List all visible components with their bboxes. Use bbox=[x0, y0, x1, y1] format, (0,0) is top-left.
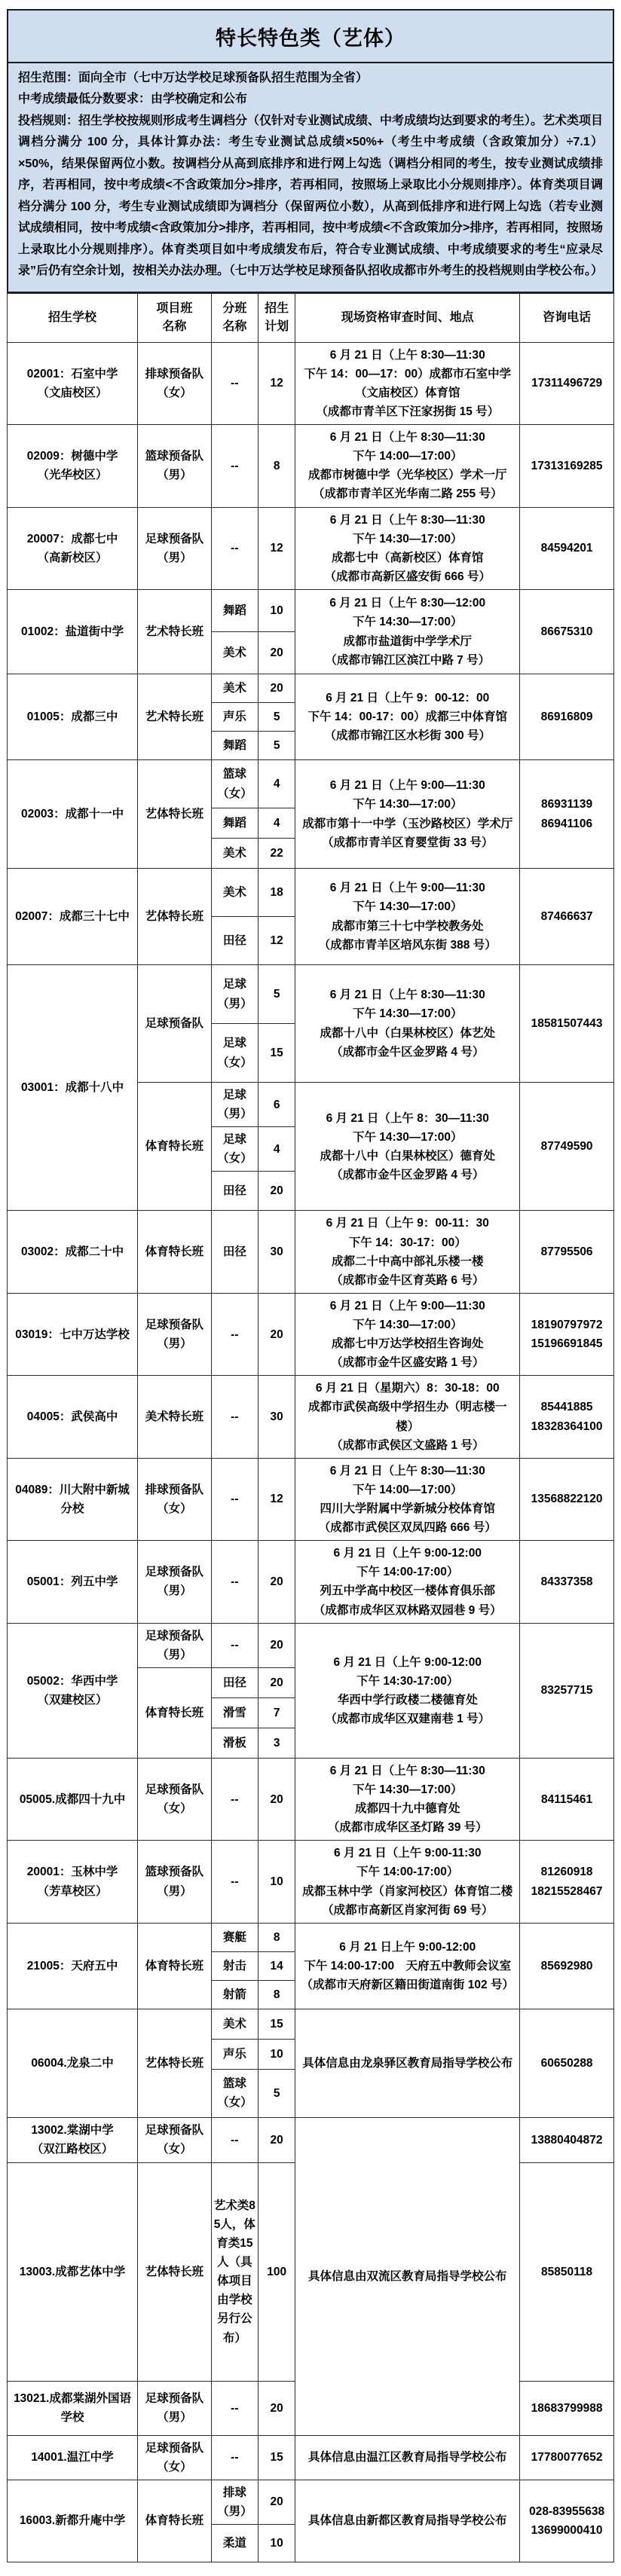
col-header-phone: 咨询电话 bbox=[520, 293, 614, 342]
program-cell: 艺术特长班 bbox=[138, 590, 212, 674]
division-cell: -- bbox=[211, 1376, 258, 1458]
table-row: 02007：成都三十七中 艺体特长班 美术 18 6 月 21 日（上午 9:0… bbox=[8, 869, 614, 917]
venue-cell: 6 月 21 日（上午 9:00-11:30 下午 14:00-17:00） 成… bbox=[295, 1841, 520, 1923]
program-cell: 足球预备队 （男） bbox=[138, 1541, 212, 1623]
phone-cell: 17780077652 bbox=[520, 2435, 614, 2480]
plan-cell: 5 bbox=[258, 2069, 295, 2117]
school-cell: 01005：成都三中 bbox=[8, 674, 138, 760]
table-row: 03001：成都十八中 足球预备队 足球 （男） 5 6 月 21 日（上午 8… bbox=[8, 965, 614, 1024]
school-cell: 02001：石室中学 （文庙校区） bbox=[8, 342, 138, 424]
division-cell: -- bbox=[211, 1841, 258, 1923]
school-cell: 16003.新都升庵中学 bbox=[8, 2480, 138, 2562]
program-cell: 足球预备队 （男） bbox=[138, 507, 212, 589]
program-cell: 足球预备队 （女） bbox=[138, 2435, 212, 2480]
page-title: 特长特色类（艺体） bbox=[8, 11, 613, 63]
division-cell: 美术 bbox=[211, 839, 258, 869]
division-cell: 舞蹈 bbox=[211, 808, 258, 839]
venue-cell: 6 月 21 日（上午 9:00—11:30 下午 14:30—17:00） 成… bbox=[295, 1293, 520, 1375]
table-row: 20007：成都七中 （高新校区） 足球预备队 （男） -- 12 6 月 21… bbox=[8, 507, 614, 589]
program-cell: 足球预备队 bbox=[138, 965, 212, 1083]
program-cell: 艺体特长班 bbox=[138, 2009, 212, 2117]
division-cell: -- bbox=[211, 1623, 258, 1667]
phone-cell: 86931139 86941106 bbox=[520, 760, 614, 869]
plan-cell: 14 bbox=[258, 1951, 295, 1980]
plan-cell: 10 bbox=[258, 590, 295, 632]
phone-cell: 84337358 bbox=[520, 1541, 614, 1623]
phone-cell: 85441885 18328364100 bbox=[520, 1376, 614, 1458]
venue-cell: 6 月 21 日（上午 9:00—11:30 下午 14:30—17:00） 成… bbox=[295, 869, 520, 965]
school-cell: 02007：成都三十七中 bbox=[8, 869, 138, 965]
venue-cell: 6 月 21 日（上午 8:30—11:30 下午 14:30—17:00） 成… bbox=[295, 965, 520, 1083]
plan-cell: 20 bbox=[258, 1623, 295, 1667]
division-cell: -- bbox=[211, 425, 258, 507]
program-cell: 美术特长班 bbox=[138, 1376, 212, 1458]
division-cell: 排球 （男） bbox=[211, 2480, 258, 2524]
plan-cell: 20 bbox=[258, 2381, 295, 2435]
division-cell: 足球 （男） bbox=[211, 965, 258, 1024]
school-cell: 20001：玉林中学 （芳草校区） bbox=[8, 1841, 138, 1923]
plan-cell: 10 bbox=[258, 2039, 295, 2069]
table-row: 04005：武侯高中 美术特长班 -- 30 6 月 21 日（星期六）8：30… bbox=[8, 1376, 614, 1458]
plan-cell: 20 bbox=[258, 1758, 295, 1840]
table-row: 02001：石室中学 （文庙校区） 排球预备队 （女） -- 12 6 月 21… bbox=[8, 342, 614, 424]
program-cell: 足球预备队 （男） bbox=[138, 2381, 212, 2435]
col-header-program: 项目班 名称 bbox=[138, 293, 212, 342]
plan-cell: 8 bbox=[258, 1923, 295, 1951]
venue-cell: 6 月 21 日上午 9:00-12:00 下午 14:00-17:00 天府五… bbox=[295, 1923, 520, 2009]
program-cell: 篮球预备队 （男） bbox=[138, 1841, 212, 1923]
plan-cell: 20 bbox=[258, 674, 295, 703]
table-row: 02003：成都十一中 艺体特长班 篮球 （女） 4 6 月 21 日（上午 9… bbox=[8, 760, 614, 808]
plan-cell: 20 bbox=[258, 1293, 295, 1375]
phone-cell: 87749590 bbox=[520, 1083, 614, 1211]
school-cell: 02003：成都十一中 bbox=[8, 760, 138, 869]
table-row: 20001：玉林中学 （芳草校区） 篮球预备队 （男） -- 10 6 月 21… bbox=[8, 1841, 614, 1923]
plan-cell: 4 bbox=[258, 760, 295, 808]
venue-cell: 6 月 21 日（上午 9:00-12:00 下午 14:30-17:00） 华… bbox=[295, 1623, 520, 1758]
plan-cell: 12 bbox=[258, 507, 295, 589]
enrollment-table: 招生学校 项目班 名称 分班 名称 招生 计划 现场资格审查时间、地点 咨询电话… bbox=[7, 293, 614, 2562]
table-row: 01002：盐道街中学 艺术特长班 舞蹈 10 6 月 21 日（上午 8:30… bbox=[8, 590, 614, 632]
division-cell: -- bbox=[211, 2435, 258, 2480]
school-cell: 03019：七中万达学校 bbox=[8, 1293, 138, 1375]
program-cell: 足球预备队 （女） bbox=[138, 1758, 212, 1840]
venue-cell: 6 月 21 日（上午 8:30—11:30 下午 14:00—17:00） 成… bbox=[295, 425, 520, 507]
col-header-venue: 现场资格审查时间、地点 bbox=[295, 293, 520, 342]
phone-cell: 86916809 bbox=[520, 674, 614, 760]
program-cell: 艺体特长班 bbox=[138, 2162, 212, 2381]
intro-scope: 招生范围：面向全市（七中万达学校足球预备队招生范围为全省） bbox=[18, 68, 603, 89]
division-cell: 美术 bbox=[211, 2009, 258, 2039]
plan-cell: 12 bbox=[258, 1458, 295, 1540]
venue-cell: 6 月 21 日（上午 8：30—11:30 下午 14:30—17:00） 成… bbox=[295, 1083, 520, 1211]
table-row: 16003.新都升庵中学 体育特长班 排球 （男） 20 具体信息由新都区教育局… bbox=[8, 2480, 614, 2524]
division-cell: 滑板 bbox=[211, 1728, 258, 1758]
venue-cell: 6 月 21 日（上午 9:00—11:30 下午 14:30—17:00） 成… bbox=[295, 760, 520, 869]
phone-cell: 18683799988 bbox=[520, 2381, 614, 2435]
phone-cell: 84594201 bbox=[520, 507, 614, 589]
division-cell: -- bbox=[211, 2381, 258, 2435]
venue-cell: 具体信息由温江区教育局指导学校公布 bbox=[295, 2435, 520, 2480]
plan-cell: 18 bbox=[258, 869, 295, 917]
program-cell: 体育特长班 bbox=[138, 1083, 212, 1211]
division-cell: 舞蹈 bbox=[211, 590, 258, 632]
division-cell: 声乐 bbox=[211, 2039, 258, 2069]
school-cell: 05002：华西中学 （双建校区） bbox=[8, 1623, 138, 1758]
school-cell: 13021.成都棠湖外国语学校 bbox=[8, 2381, 138, 2435]
plan-cell: 3 bbox=[258, 1728, 295, 1758]
program-cell: 足球预备队 （男） bbox=[138, 1623, 212, 1667]
table-row: 02009：树德中学 （光华校区） 篮球预备队 （男） -- 8 6 月 21 … bbox=[8, 425, 614, 507]
phone-cell: 87466637 bbox=[520, 869, 614, 965]
plan-cell: 6 bbox=[258, 1083, 295, 1127]
venue-cell-merged: 具体信息由双流区教育局指导学校公布 bbox=[295, 2117, 520, 2435]
plan-cell: 5 bbox=[258, 965, 295, 1024]
school-cell: 13002.棠湖中学 （双江路校区） bbox=[8, 2117, 138, 2162]
division-cell: 赛艇 bbox=[211, 1923, 258, 1951]
table-row: 04089：川大附中新城分校 排球预备队 （女） -- 12 6 月 21 日（… bbox=[8, 1458, 614, 1540]
division-cell: 足球 （女） bbox=[211, 1024, 258, 1083]
phone-cell: 18190797972 15196691845 bbox=[520, 1293, 614, 1375]
program-cell: 排球预备队 （女） bbox=[138, 342, 212, 424]
header-box: 特长特色类（艺体） 招生范围：面向全市（七中万达学校足球预备队招生范围为全省） … bbox=[7, 9, 614, 293]
plan-cell: 7 bbox=[258, 1697, 295, 1728]
plan-cell: 8 bbox=[258, 425, 295, 507]
venue-cell: 6 月 21 日（上午 9：00-12：00 下午 14：00-17：00）成都… bbox=[295, 674, 520, 760]
school-cell: 20007：成都七中 （高新校区） bbox=[8, 507, 138, 589]
school-cell: 03001：成都十八中 bbox=[8, 965, 138, 1211]
division-cell: -- bbox=[211, 1458, 258, 1540]
table-row: 05002：华西中学 （双建校区） 足球预备队 （男） -- 20 6 月 21… bbox=[8, 1623, 614, 1667]
school-cell: 13003.成都艺体中学 bbox=[8, 2162, 138, 2381]
table-header-row: 招生学校 项目班 名称 分班 名称 招生 计划 现场资格审查时间、地点 咨询电话 bbox=[8, 293, 614, 342]
plan-cell: 30 bbox=[258, 1211, 295, 1293]
intro-block: 招生范围：面向全市（七中万达学校足球预备队招生范围为全省） 中考成绩最低分数要求… bbox=[8, 63, 613, 292]
plan-cell: 12 bbox=[258, 342, 295, 424]
venue-cell: 具体信息由龙泉驿区教育局指导学校公布 bbox=[295, 2009, 520, 2117]
venue-cell: 6 月 21 日（上午 8:30—11:30 下午 14:30—17:00） 成… bbox=[295, 1758, 520, 1840]
phone-cell: 18581507443 bbox=[520, 965, 614, 1083]
phone-cell: 86675310 bbox=[520, 590, 614, 674]
plan-cell: 30 bbox=[258, 1376, 295, 1458]
division-cell: 射箭 bbox=[211, 1980, 258, 2009]
division-cell: 足球 （女） bbox=[211, 1127, 258, 1172]
table-row: 21005：天府五中 体育特长班 赛艇 8 6 月 21 日上午 9:00-12… bbox=[8, 1923, 614, 1951]
division-cell: 田径 bbox=[211, 917, 258, 965]
intro-min-score: 中考成绩最低分数要求：由学校确定和公布 bbox=[18, 89, 603, 110]
division-cell: 篮球 （女） bbox=[211, 760, 258, 808]
division-cell: 美术 bbox=[211, 674, 258, 703]
plan-cell: 20 bbox=[258, 2117, 295, 2162]
phone-cell: 83257715 bbox=[520, 1623, 614, 1758]
table-row: 13002.棠湖中学 （双江路校区） 足球预备队 （女） -- 20 具体信息由… bbox=[8, 2117, 614, 2162]
plan-cell: 4 bbox=[258, 1127, 295, 1172]
program-cell: 体育特长班 bbox=[138, 2480, 212, 2562]
plan-cell: 20 bbox=[258, 632, 295, 674]
plan-cell: 20 bbox=[258, 2480, 295, 2524]
table-row: 06004.龙泉二中 艺体特长班 美术 15 具体信息由龙泉驿区教育局指导学校公… bbox=[8, 2009, 614, 2039]
table-row: 03002：成都二十中 体育特长班 田径 30 6 月 21 日（上午 9：00… bbox=[8, 1211, 614, 1293]
plan-cell: 5 bbox=[258, 732, 295, 760]
plan-cell: 20 bbox=[258, 1541, 295, 1623]
plan-cell: 20 bbox=[258, 1172, 295, 1211]
school-cell: 05005.成都四十九中 bbox=[8, 1758, 138, 1840]
phone-cell: 13568822120 bbox=[520, 1458, 614, 1540]
program-cell: 排球预备队 （女） bbox=[138, 1458, 212, 1540]
phone-cell: 87795506 bbox=[520, 1211, 614, 1293]
phone-cell: 81260918 18215528467 bbox=[520, 1841, 614, 1923]
plan-cell: 15 bbox=[258, 2435, 295, 2480]
phone-cell: 17311496729 bbox=[520, 342, 614, 424]
division-cell: -- bbox=[211, 507, 258, 589]
venue-cell: 6 月 21 日（上午 8:30—11:30 下午 14:00—17:00） 四… bbox=[295, 1458, 520, 1540]
venue-cell: 具体信息由新都区教育局指导学校公布 bbox=[295, 2480, 520, 2562]
program-cell: 体育特长班 bbox=[138, 1923, 212, 2009]
division-cell: 艺术类85人，体育类15人（具体项目由学校另行公布） bbox=[211, 2162, 258, 2381]
program-cell: 体育特长班 bbox=[138, 1667, 212, 1758]
phone-cell: 17313169285 bbox=[520, 425, 614, 507]
program-cell: 足球预备队 （女） bbox=[138, 2117, 212, 2162]
col-header-school: 招生学校 bbox=[8, 293, 138, 342]
venue-cell: 6 月 21 日（上午 9:00-12:00 下午 14:00-17:00） 列… bbox=[295, 1541, 520, 1623]
school-cell: 04089：川大附中新城分校 bbox=[8, 1458, 138, 1540]
division-cell: -- bbox=[211, 1293, 258, 1375]
division-cell: -- bbox=[211, 1541, 258, 1623]
document-sheet: 特长特色类（艺体） 招生范围：面向全市（七中万达学校足球预备队招生范围为全省） … bbox=[0, 0, 621, 2576]
col-header-plan: 招生 计划 bbox=[258, 293, 295, 342]
table-row: 03019：七中万达学校 足球预备队 （男） -- 20 6 月 21 日（上午… bbox=[8, 1293, 614, 1375]
school-cell: 01002：盐道街中学 bbox=[8, 590, 138, 674]
col-header-division: 分班 名称 bbox=[211, 293, 258, 342]
division-cell: 田径 bbox=[211, 1172, 258, 1211]
program-cell: 艺体特长班 bbox=[138, 760, 212, 869]
venue-cell: 6 月 21 日（上午 8:30—12:00 下午 14:30—17:00） 成… bbox=[295, 590, 520, 674]
plan-cell: 12 bbox=[258, 917, 295, 965]
school-cell: 14001.温江中学 bbox=[8, 2435, 138, 2480]
phone-cell: 13880404872 bbox=[520, 2117, 614, 2162]
venue-cell: 6 月 21 日（上午 8:30—11:30 下午 14：00—17：00）成都… bbox=[295, 342, 520, 424]
division-cell: 柔道 bbox=[211, 2525, 258, 2562]
plan-cell: 15 bbox=[258, 1024, 295, 1083]
plan-cell: 8 bbox=[258, 1980, 295, 2009]
plan-cell: 22 bbox=[258, 839, 295, 869]
division-cell: 射击 bbox=[211, 1951, 258, 1980]
plan-cell: 100 bbox=[258, 2162, 295, 2381]
plan-cell: 20 bbox=[258, 1667, 295, 1697]
phone-cell: 60650288 bbox=[520, 2009, 614, 2117]
school-cell: 05001：列五中学 bbox=[8, 1541, 138, 1623]
program-cell: 艺体特长班 bbox=[138, 869, 212, 965]
phone-cell: 85850118 bbox=[520, 2162, 614, 2381]
table-row: 05005.成都四十九中 足球预备队 （女） -- 20 6 月 21 日（上午… bbox=[8, 1758, 614, 1840]
program-cell: 艺术特长班 bbox=[138, 674, 212, 760]
division-cell: 美术 bbox=[211, 632, 258, 674]
division-cell: -- bbox=[211, 1758, 258, 1840]
division-cell: 田径 bbox=[211, 1667, 258, 1697]
division-cell: 足球 （男） bbox=[211, 1083, 258, 1127]
venue-cell: 6 月 21 日（星期六）8：30-18：00 成都市武侯高级中学招生办（明志楼… bbox=[295, 1376, 520, 1458]
school-cell: 06004.龙泉二中 bbox=[8, 2009, 138, 2117]
division-cell: 篮球 （女） bbox=[211, 2069, 258, 2117]
table-row: 05001：列五中学 足球预备队 （男） -- 20 6 月 21 日（上午 9… bbox=[8, 1541, 614, 1623]
division-cell: 声乐 bbox=[211, 703, 258, 732]
school-cell: 03002：成都二十中 bbox=[8, 1211, 138, 1293]
division-cell: 滑雪 bbox=[211, 1697, 258, 1728]
program-cell: 篮球预备队 （男） bbox=[138, 425, 212, 507]
division-cell: -- bbox=[211, 2117, 258, 2162]
division-cell: 田径 bbox=[211, 1211, 258, 1293]
phone-cell: 028-83955638 13699000410 bbox=[520, 2480, 614, 2562]
plan-cell: 5 bbox=[258, 703, 295, 732]
program-cell: 足球预备队 （男） bbox=[138, 1293, 212, 1375]
division-cell: 舞蹈 bbox=[211, 732, 258, 760]
table-row: 14001.温江中学 足球预备队 （女） -- 15 具体信息由温江区教育局指导… bbox=[8, 2435, 614, 2480]
phone-cell: 85692980 bbox=[520, 1923, 614, 2009]
division-cell: -- bbox=[211, 342, 258, 424]
intro-filing-rules: 投档规则：招生学校按规则形成考生调档分（仅针对专业测试成绩、中考成绩均达到要求的… bbox=[18, 111, 603, 283]
venue-cell: 6 月 21 日（上午 8:30—11:30 下午 14:30—17:00） 成… bbox=[295, 507, 520, 589]
school-cell: 02009：树德中学 （光华校区） bbox=[8, 425, 138, 507]
school-cell: 21005：天府五中 bbox=[8, 1923, 138, 2009]
phone-cell: 84115461 bbox=[520, 1758, 614, 1840]
school-cell: 04005：武侯高中 bbox=[8, 1376, 138, 1458]
plan-cell: 10 bbox=[258, 2525, 295, 2562]
division-cell: 美术 bbox=[211, 869, 258, 917]
table-row: 01005：成都三中 艺术特长班 美术 20 6 月 21 日（上午 9：00-… bbox=[8, 674, 614, 703]
program-cell: 体育特长班 bbox=[138, 1211, 212, 1293]
plan-cell: 10 bbox=[258, 1841, 295, 1923]
plan-cell: 4 bbox=[258, 808, 295, 839]
plan-cell: 15 bbox=[258, 2009, 295, 2039]
venue-cell: 6 月 21 日（上午 9：00-11：30 下午 14：30-17：00） 成… bbox=[295, 1211, 520, 1293]
